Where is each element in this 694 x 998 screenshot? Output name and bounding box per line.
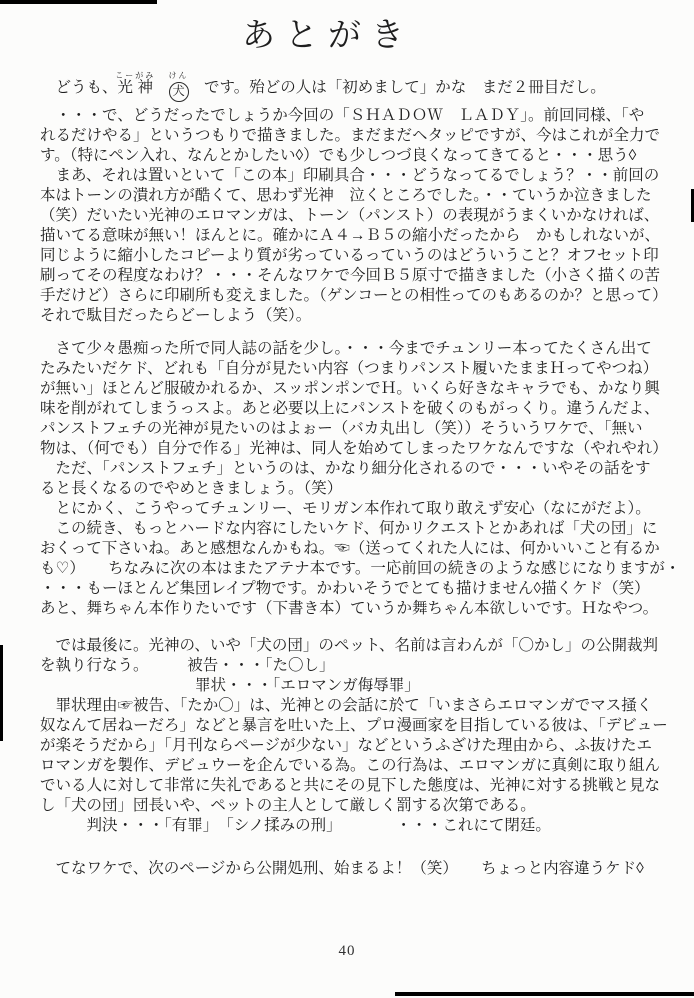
intro-suffix: です。殆どの人は「初めまして」かな まだ２冊目だし。	[189, 79, 606, 96]
circled-dog-icon: 犬	[169, 82, 189, 102]
scan-artifact-left-edge	[0, 645, 3, 741]
paragraph-public-trial: では最後に。光神の、いや「犬の団」のペット、名前は言わんが「〇かし」の公開裁判を…	[40, 636, 658, 836]
author-name: 光神こーがみ	[118, 79, 154, 96]
intro-separator	[153, 79, 169, 96]
text-line: パンストフェチの光神が見たいのはよぉー（バカ丸出し（笑））そういうワケで、「無い	[40, 419, 658, 439]
author-name-furigana: こーがみ	[115, 71, 155, 80]
text-line: れるだけやる」というつもりで描きました。まだまだヘタッピですが、今はこれが全力で	[40, 126, 658, 146]
afterword-page: あとがき どうも、光神こーがみ 犬けん です。殆どの人は「初めまして」かな まだ…	[0, 0, 694, 998]
text-line: てなワケで、次のページから公開処刑、始まるよ！（笑） ちょっと内容違うケド◊	[40, 859, 658, 879]
text-line: さて少々愚痴った所で同人誌の話を少し。・・・今までチュンリー本ってたくさん出て	[40, 339, 658, 359]
author-name-text: 光神	[115, 79, 155, 96]
text-line: が楽そうだから」「月刊ならページが少ない」などというふざけた理由から、ふ抜けたエ	[40, 736, 658, 756]
text-line: 味を削がれてしまうっスよ。あと必要以上にパンストを破くのもがっくり。違うんだよ、	[40, 399, 658, 419]
intro-line: どうも、光神こーがみ 犬けん です。殆どの人は「初めまして」かな まだ２冊目だし…	[40, 70, 658, 106]
page-number: 40	[0, 943, 694, 960]
paragraph-closing: てなワケで、次のページから公開処刑、始まるよ！（笑） ちょっと内容違うケド◊	[40, 859, 658, 879]
text-line: たみたいだケド、どれも「自分が見たい内容（つまりパンスト履いたままＨってやつね）	[40, 359, 658, 379]
text-line: 奴なんて居ねーだろ」などと暴言を吐いた上、プロ漫画家を目指している彼は、「デビュ…	[40, 716, 658, 736]
scan-artifact-bottom-right	[395, 992, 694, 996]
text-line: それで駄目だったらどーしよう（笑）。	[40, 306, 658, 326]
text-line: 判決・・・「有罪」 「シノ揉みの刑」 ・・・これにて閉廷。	[40, 816, 658, 836]
circled-dog-furigana: けん	[169, 71, 189, 80]
paragraph-print-quality: ・・・で、どうだったでしょうか今回の「ＳＨＡＤＯＷ ＬＡＤＹ」。前回同様、「やれ…	[40, 106, 658, 326]
text-line: まあ、それは置いといて「この本」印刷具合・・・どうなってるでしょう？・・前回の	[40, 166, 658, 186]
text-line: でいる人に対して非常に失礼であると共にその見下した態度は、光神に対する挑戦と見な	[40, 776, 658, 796]
text-line: ロマンガを製作、デビュウーを企んでいる為。この行為は、エロマンガに真剣に取り組ん	[40, 756, 658, 776]
text-line: も♡） ちなみに次の本はまたアテナ本です。一応前回の続きのような感じになりますが…	[40, 559, 658, 579]
text-line: 手だけど）さらに印刷所も変えました。（ゲンコーとの相性ってのもあるのか？と思って…	[40, 286, 658, 306]
text-line: この続き、もっとハードな内容にしたいケド、何かリクエストとかあれば「犬の団」に	[40, 519, 658, 539]
text-line: あと、舞ちゃん本作りたいです（下書き本）ていうか舞ちゃん本欲しいです。Ｈなやつ。	[40, 599, 658, 619]
circled-dog-mark: 犬けん	[169, 79, 189, 96]
text-line: 罪状・・・「エロマンガ侮辱罪」	[40, 676, 658, 696]
text-line: とにかく、こうやってチュンリー、モリガン本作れて取り敢えず安心（なにがだよ）。	[40, 499, 658, 519]
text-line: ただ、「パンストフェチ」というのは、かなり細分化されるので・・・いやその話をす	[40, 459, 658, 479]
page-title: あとがき	[0, 14, 694, 58]
text-line: ・・・で、どうだったでしょうか今回の「ＳＨＡＤＯＷ ＬＡＤＹ」。前回同様、「や	[40, 106, 658, 126]
text-line: ると長くなるのでやめときましょう。（笑）	[40, 479, 658, 499]
text-line: 描いてる意味が無い！ほんとに。確かにＡ４→Ｂ５の縮小だったから かもしれないが、	[40, 226, 658, 246]
text-line: （笑）だいたい光神のエロマンガは、トーン（パンスト）の表現がうまくいかなければ、	[40, 206, 658, 226]
text-line: ・・・もーほとんど集団レイプ物です。かわいそうでとても描けません◊描くケド（笑）	[40, 579, 658, 599]
text-line: 物は、（何でも）自分で作る」光神は、同人を始めてしまったワケなんですな（やれやれ…	[40, 439, 658, 459]
text-line: 同じように縮小したコピーより質が劣っているっていうのはどういうこと？オフセット印	[40, 246, 658, 266]
text-line: が無い」ほとんど服破かれるか、スッポンポンでＨ。いくら好きなキャラでも、かなり興	[40, 379, 658, 399]
scan-artifact-top-left	[0, 0, 157, 4]
text-line: 刷ってその程度なわけ？・・・そんなワケで今回Ｂ５原寸で描きました（小さく描くの苦	[40, 266, 658, 286]
paragraph-doujinshi-talk: さて少々愚痴った所で同人誌の話を少し。・・・今までチュンリー本ってたくさん出てた…	[40, 339, 658, 619]
text-line: 本はトーンの潰れ方が酷くて、思わず光神 泣くところでした。・・ていうか泣きました	[40, 186, 658, 206]
text-line: では最後に。光神の、いや「犬の団」のペット、名前は言わんが「〇かし」の公開裁判	[40, 636, 658, 656]
text-line: し「犬の団」団長いや、ペットの主人として厳しく罰する次第である。	[40, 796, 658, 816]
intro-prefix: どうも、	[40, 79, 118, 96]
text-line: おくって下さいね。あと感想なんかもね。☜（送ってくれた人には、何かいいこと有るか	[40, 539, 658, 559]
text-line: す。（特にペン入れ、なんとかしたい◊）でも少しつづ良くなってきてると・・・思う◊	[40, 146, 658, 166]
text-line: 罪状理由☞被告、「たか〇」は、光神との会話に於て「いまさらエロマンガでマス掻く	[40, 696, 658, 716]
afterword-body: どうも、光神こーがみ 犬けん です。殆どの人は「初めまして」かな まだ２冊目だし…	[40, 70, 658, 879]
text-line: を執り行なう。 被告・・・「た〇し」	[40, 656, 658, 676]
